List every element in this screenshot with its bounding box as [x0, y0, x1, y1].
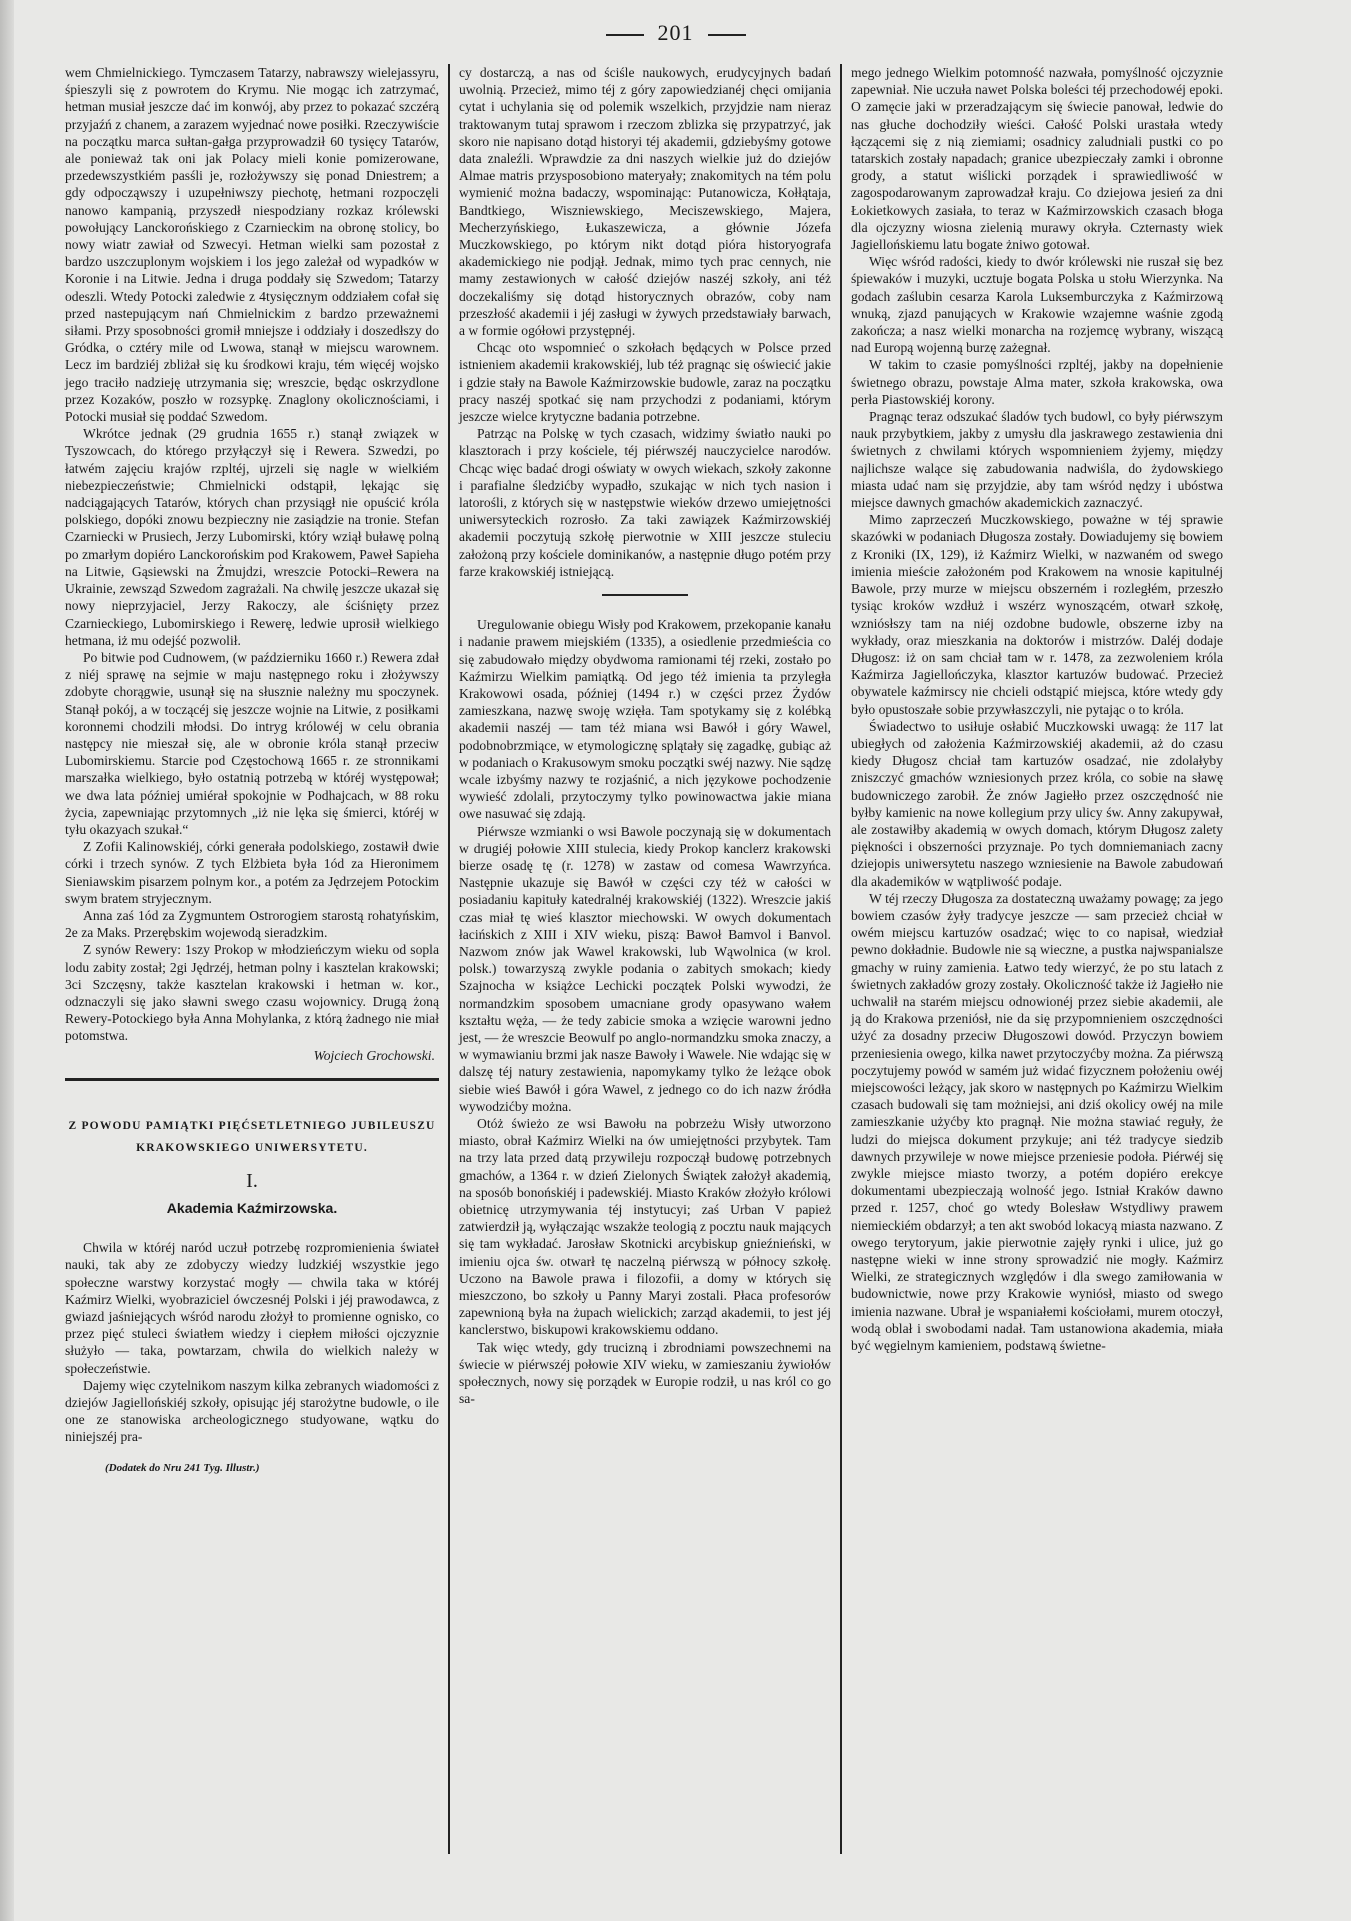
paragraph: Więc wśród radości, kiedy to dwór królew… [851, 253, 1223, 356]
paragraph: Pragnąc teraz odszukać śladów tych budow… [851, 408, 1223, 511]
paragraph: Z Zofii Kalinowskiéj, córki generała pod… [65, 838, 439, 907]
short-divider [602, 594, 688, 596]
page-number-dash-left [606, 34, 644, 36]
paragraph: Wkrótce jednak (29 grudnia 1655 r.) stan… [65, 425, 439, 649]
paragraph: Chwila w któréj naród uczuł potrzebę roz… [65, 1239, 439, 1377]
section-divider [65, 1078, 439, 1081]
paragraph: cy dostarczą, a nas od ściśle naukowych,… [459, 64, 831, 339]
page-number: 201 [0, 20, 1351, 46]
paragraph: Z synów Rewery: 1szy Prokop w młodzieńcz… [65, 941, 439, 1044]
paragraph: Otóż świeżo ze wsi Bawołu na pobrzeżu Wi… [459, 1115, 831, 1339]
paragraph: Uregulowanie obiegu Wisły pod Krakowem, … [459, 616, 831, 822]
page-number-text: 201 [658, 20, 694, 45]
paragraph: Patrząc na Polskę w tych czasach, widzim… [459, 425, 831, 580]
column-1: wem Chmielnickiego. Tymczasem Tatarzy, n… [56, 64, 448, 1854]
column-3: mego jednego Wielkim potomność nazwała, … [840, 64, 1232, 1854]
paragraph: Piérwsze wzmianki o wsi Bawole poczynają… [459, 823, 831, 1115]
author-signature: Wojciech Grochowski. [65, 1047, 439, 1064]
paragraph: Tak więc wtedy, gdy trucizną i zbrodniam… [459, 1339, 831, 1408]
paragraph: W takim to czasie pomyślności rzpltéj, j… [851, 356, 1223, 408]
section-numeral: I. [65, 1173, 439, 1190]
article-columns: wem Chmielnickiego. Tymczasem Tatarzy, n… [56, 64, 1302, 1854]
section-title-line-2: KRAKOWSKIEGO UNIWERSYTETU. [65, 1137, 439, 1159]
column-2: cy dostarczą, a nas od ściśle naukowych,… [448, 64, 840, 1854]
paragraph: Świadectwo to usiłuje osłabić Muczkowski… [851, 718, 1223, 890]
scan-page-edge [0, 0, 14, 1921]
paragraph: Anna zaś 1ód za Zygmuntem Ostrorogiem st… [65, 907, 439, 941]
paragraph: wem Chmielnickiego. Tymczasem Tatarzy, n… [65, 64, 439, 425]
section-title-line-1: Z POWODU PAMIĄTKI PIĘĆSETLETNIEGO JUBILE… [65, 1115, 439, 1137]
paragraph: Mimo zaprzeczeń Muczkowskiego, poważne w… [851, 511, 1223, 717]
page-number-dash-right [708, 34, 746, 36]
paragraph: W téj rzeczy Długosza za dostateczną uwa… [851, 890, 1223, 1354]
paragraph: mego jednego Wielkim potomność nazwała, … [851, 64, 1223, 253]
paragraph: Po bitwie pod Cudnowem, (w październiku … [65, 649, 439, 838]
paragraph: Chcąc oto wspomnieć o szkołach będących … [459, 339, 831, 425]
section-subtitle: Akademia Kaźmirzowska. [65, 1200, 439, 1217]
paragraph: Dajemy więc czytelnikom naszym kilka zeb… [65, 1377, 439, 1446]
supplement-footnote: (Dodatek do Nru 241 Tyg. Illustr.) [65, 1460, 439, 1477]
